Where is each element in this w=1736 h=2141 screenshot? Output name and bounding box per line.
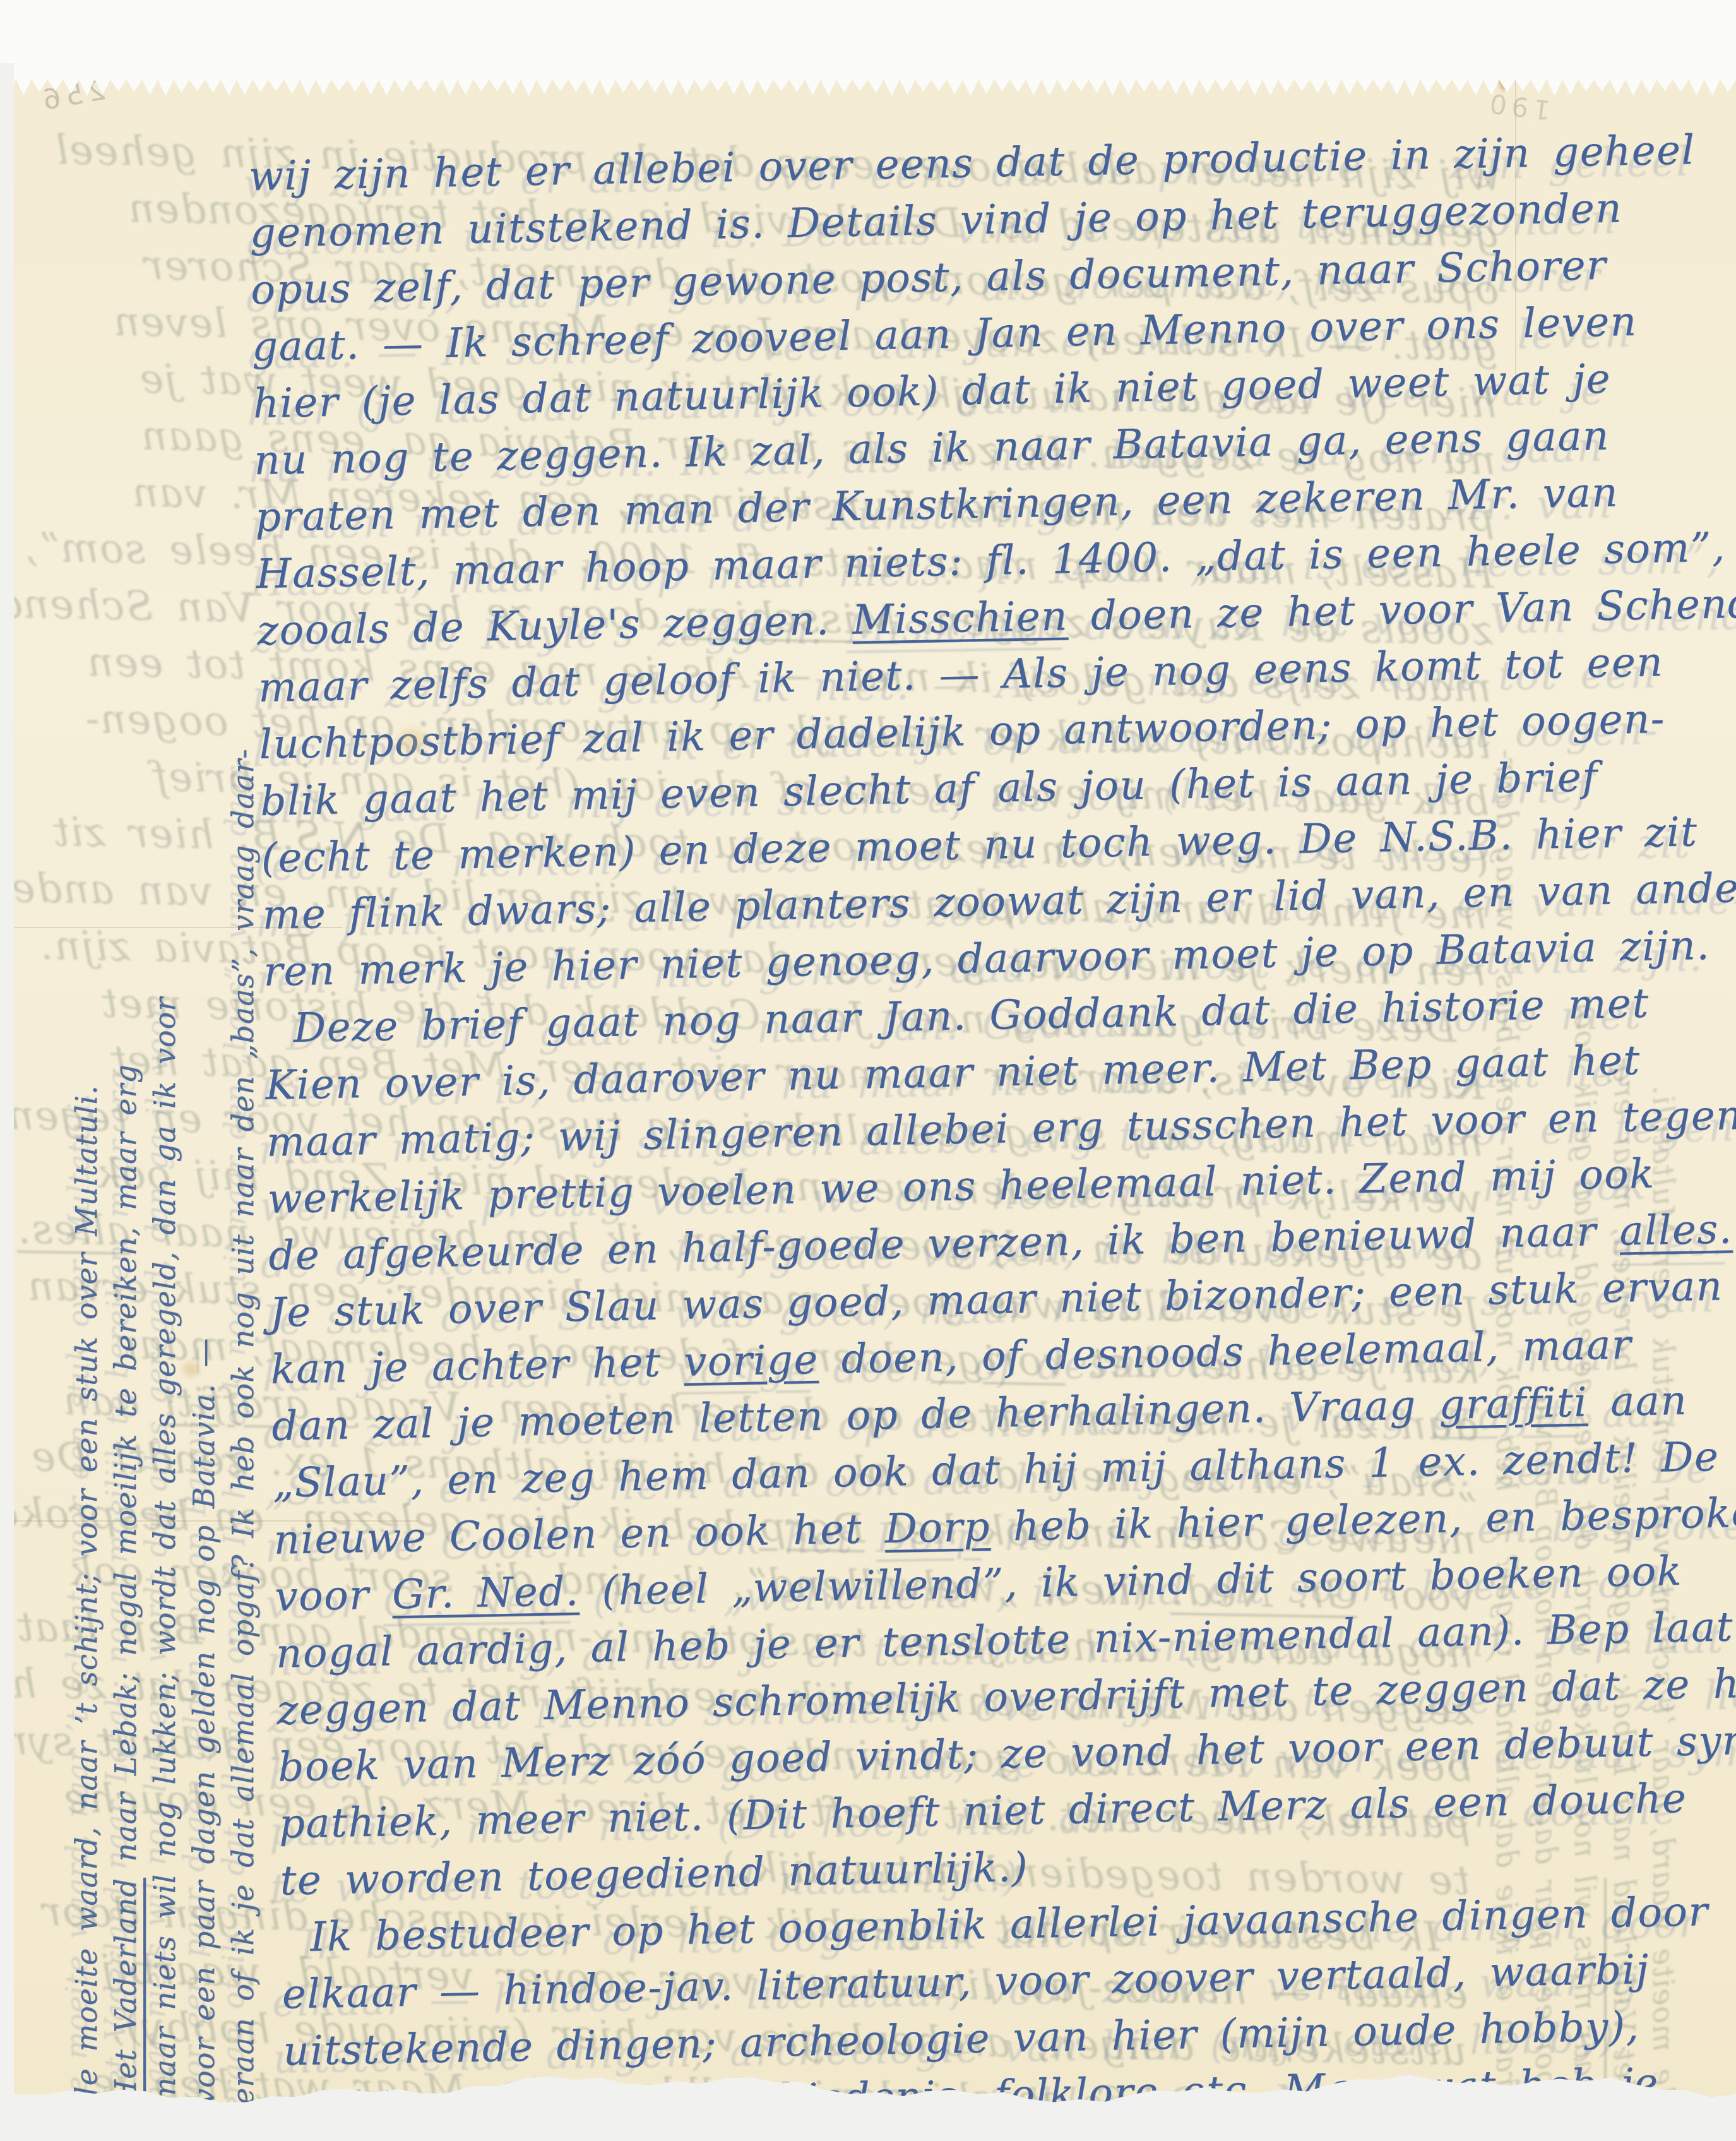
margin-line: eraan of ik je dat allemaal opgaf? Ik he… — [223, 116, 263, 2105]
letter-body: wij zijn het er allebei over eens dat de… — [248, 122, 1717, 2116]
letter-paper: wij zijn het er allebei over eens dat de… — [14, 61, 1736, 2116]
margin-line: maar niets wil nog lukken; wordt dat all… — [145, 116, 184, 2105]
margin-line: de moeite waard, naar ’t schijnt; voor e… — [67, 116, 106, 2105]
letter-scan-page: wij zijn het er allebei over eens dat de… — [0, 0, 1736, 2141]
margin-line: voor een paar dagen gelden nog op Batavi… — [184, 116, 223, 2105]
letter-recto: wij zijn het er allebei over eens dat de… — [14, 61, 1736, 2116]
pencil-page-number-left: 256 — [35, 74, 108, 117]
margin-line: Het Vaderland naar Lebak; nogal moeilijk… — [106, 116, 145, 2105]
scanner-background — [0, 0, 1736, 63]
pencil-page-number-right: 190 — [1483, 87, 1552, 126]
margin-note: de moeite waard, naar ’t schijnt; voor e… — [67, 116, 263, 2105]
